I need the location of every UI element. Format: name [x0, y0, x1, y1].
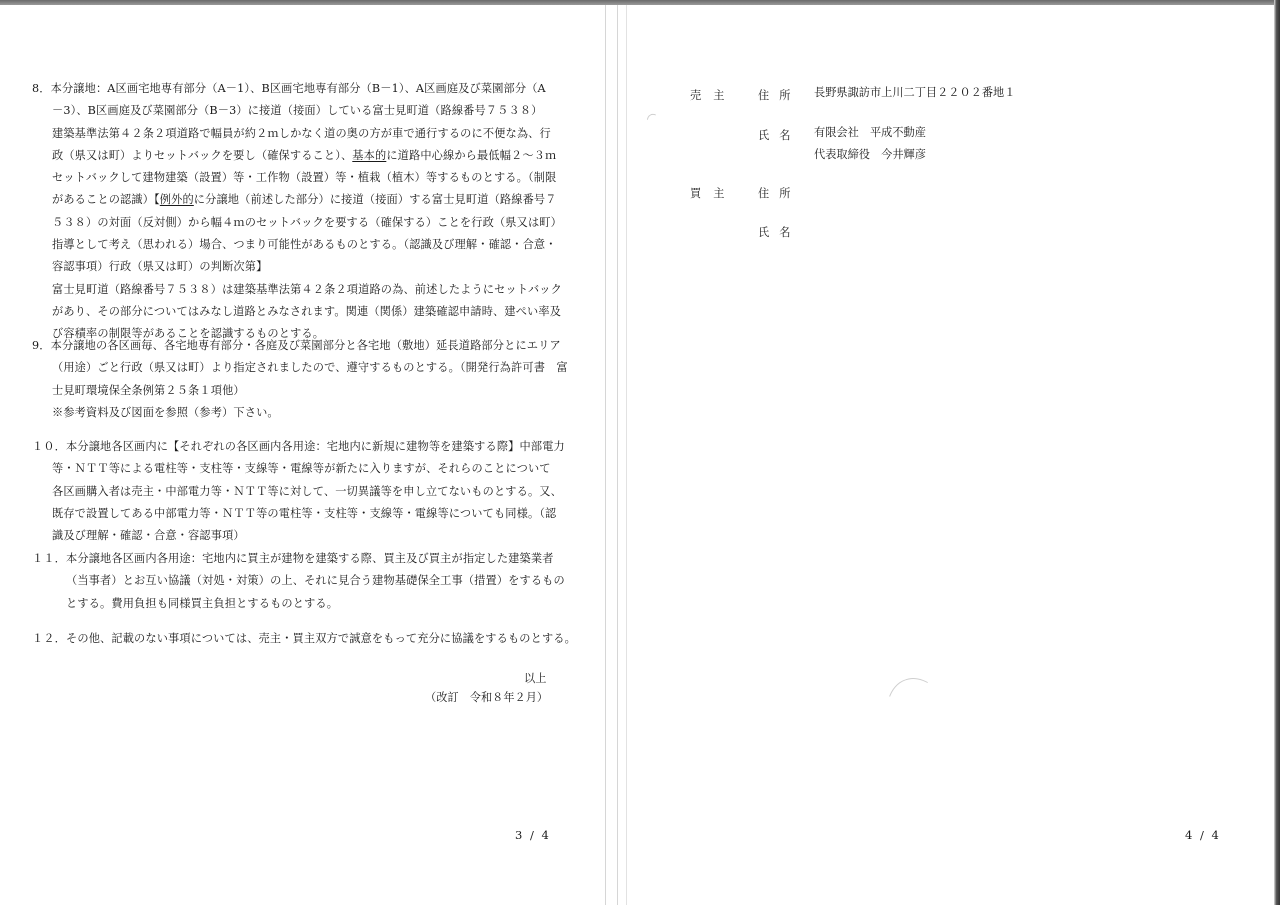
- clause-text: セットバックして建物建築（設置）等・工作物（設置）等・植栽（植木）等するものとす…: [32, 167, 552, 189]
- seller-company: 有限会社 平成不動産: [814, 122, 926, 144]
- buyer-address-label: 住所: [758, 185, 800, 201]
- page-3: 8．本分譲地：A区画宅地専有部分（A－1）、B区画宅地専有部分（B－1）、A区画…: [0, 5, 605, 905]
- seller-address-label: 住所: [758, 87, 800, 103]
- page-divider: [617, 5, 618, 905]
- clause-text: があり、その部分についてはみなし道路とみなされます。関連（関係）建築確認申請時、…: [32, 301, 552, 323]
- underlined-term: 基本的: [352, 149, 386, 162]
- clause-text: 本分譲地各区画内に【それぞれの各区画内各用途：宅地内に新規に建物等を建築する際】…: [66, 440, 565, 453]
- page-divider: [605, 5, 606, 905]
- clause-text: （用途）ごと行政（県又は町）より指定されましたので、遵守するものとする。（開発行…: [32, 357, 552, 379]
- seller-label: 売主: [690, 87, 736, 103]
- clause-11: １１．本分譲地各区画内各用途：宅地内に買主が建物を建築する際、買主及び買主が指定…: [32, 548, 552, 615]
- closing-mark: 以上: [524, 670, 546, 686]
- clause-text: 容認事項）行政（県又は町）の判断次第】: [32, 256, 552, 278]
- seller-address: 長野県諏訪市上川二丁目２２０２番地１: [814, 82, 1015, 104]
- seller-representative: 代表取締役 今井輝彦: [814, 144, 926, 166]
- underlined-term: 例外的: [160, 193, 194, 206]
- clause-text-underlined: 政（県又は町）よりセットバックを要し（確保すること）、基本的に道路中心線から最低…: [32, 145, 552, 167]
- clause-text-underlined: があることの認識）【例外的に分譲地（前述した部分）に接道（接面）する富士見町道（…: [32, 189, 552, 211]
- clause-text: その他、記載のない事項については、売主・買主双方で誠意をもって充分に協議をするも…: [66, 632, 576, 645]
- clause-10: １０．本分譲地各区画内に【それぞれの各区画内各用途：宅地内に新規に建物等を建築す…: [32, 436, 552, 547]
- clause-text: 識及び理解・確認・合意・容認事項）: [32, 525, 552, 547]
- clause-text: ５３８）の対面（反対側）から幅４ｍのセットバックを要する（確保する）ことを行政（…: [32, 212, 552, 234]
- clause-text: 士見町環境保全条例第２５条１項他）: [32, 380, 552, 402]
- clause-text: 指導として考え（思われる）場合、つまり可能性があるものとする。（認識及び理解・確…: [32, 234, 552, 256]
- clause-text: 富士見町道（路線番号７５３８）は建築基準法第４２条２項道路の為、前述したようにセ…: [32, 279, 552, 301]
- clause-note: ※参考資料及び図面を参照（参考）下さい。: [32, 402, 552, 424]
- clause-text: とする。費用負担も同様買主負担とするものとする。: [32, 593, 552, 615]
- clause-12: １２．その他、記載のない事項については、売主・買主双方で誠意をもって充分に協議を…: [32, 628, 552, 650]
- clause-text: 本分譲地：A区画宅地専有部分（A－1）、B区画宅地専有部分（B－1）、A区画庭及…: [51, 82, 546, 95]
- clause-text: 既存で設置してある中部電力等・ＮＴＴ等の電柱等・支柱等・支線等・電線等についても…: [32, 503, 552, 525]
- clause-text: －3）、B区画庭及び菜園部分（B－3）に接道（接面）している富士見町道（路線番号…: [32, 100, 552, 122]
- clause-9: 9．本分譲地の各区画毎、各宅地専有部分・各庭及び菜園部分と各宅地（敷地）延長道路…: [32, 335, 552, 424]
- clause-text: 本分譲地各区画内各用途：宅地内に買主が建物を建築する際、買主及び買主が指定した建…: [66, 552, 554, 565]
- clause-number: 8．: [32, 82, 51, 95]
- clause-text: 各区画購入者は売主・中部電力等・ＮＴＴ等に対して、一切異議等を申し立てないものと…: [32, 481, 552, 503]
- clause-number: １０．: [32, 440, 66, 453]
- clause-text: 本分譲地の各区画毎、各宅地専有部分・各庭及び菜園部分と各宅地（敷地）延長道路部分…: [51, 339, 561, 352]
- clause-text: （当事者）とお互い協議（対処・対策）の上、それに見合う建物基礎保全工事（措置）を…: [32, 570, 552, 592]
- buyer-label: 買主: [690, 185, 736, 201]
- buyer-block: 買主 住所 氏名: [640, 185, 1240, 245]
- clause-text: 等・ＮＴＴ等による電柱等・支柱等・支線等・電線等が新たに入りますが、それらのこと…: [32, 458, 552, 480]
- clause-8: 8．本分譲地：A区画宅地専有部分（A－1）、B区画宅地専有部分（B－1）、A区画…: [32, 78, 552, 346]
- clause-number: １１．: [32, 552, 66, 565]
- scan-right-edge: [1274, 0, 1280, 905]
- page-divider: [626, 5, 627, 905]
- seller-block: 売主 住所 長野県諏訪市上川二丁目２２０２番地１ 氏名 有限会社 平成不動産 代…: [640, 87, 1240, 167]
- page-number: 3 / 4: [515, 828, 551, 842]
- scan-artifact: [876, 669, 962, 767]
- revision-date: （改訂 令和８年２月）: [425, 689, 548, 705]
- page-4: 売主 住所 長野県諏訪市上川二丁目２２０２番地１ 氏名 有限会社 平成不動産 代…: [640, 5, 1274, 905]
- buyer-name-label: 氏名: [758, 224, 800, 240]
- clause-text: 建築基準法第４２条２項道路で幅員が約２ｍしかなく道の奥の方が車で通行するのに不便…: [32, 123, 552, 145]
- page-number: 4 / 4: [1185, 828, 1221, 842]
- seller-name-label: 氏名: [758, 127, 800, 143]
- clause-number: １２．: [32, 632, 66, 645]
- clause-number: 9．: [32, 339, 51, 352]
